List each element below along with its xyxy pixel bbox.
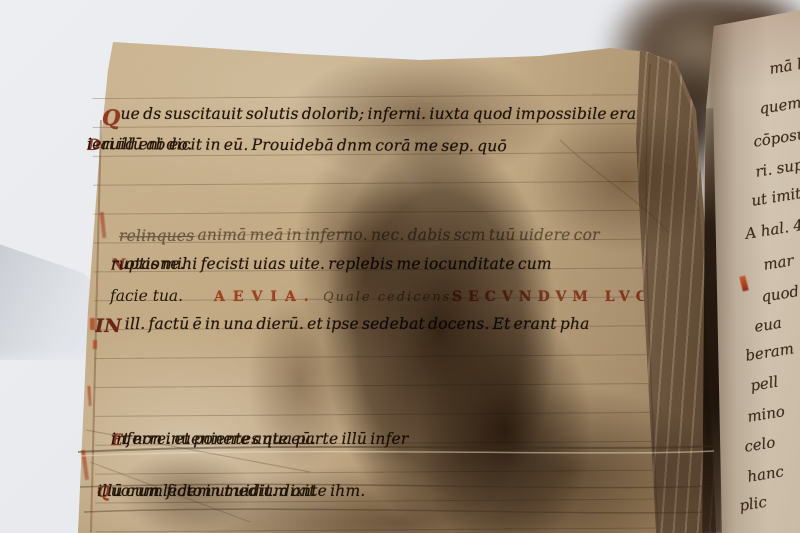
line-text: auid eni dicit in eū. Prouidebā dnm corā… (101, 135, 507, 155)
photo-scene: mā ha quem a cōposu ri. sup ut imit A ha… (0, 0, 800, 533)
manuscript-line: relinques animā meā in inferno. nec. dab… (119, 226, 657, 245)
manuscript-line: inferre. et ponere ante eū. Et non inuen… (111, 430, 657, 449)
struck-text: relinques (119, 227, 194, 245)
manuscript-line: Que ds suscitauit solutis dolorib; infer… (102, 105, 658, 130)
manuscript-line: illū cum lecto in medium ante ihm. Quoru… (97, 482, 657, 501)
manuscript-line: ruptione. Notas mihi fecisti uias uite. … (111, 255, 657, 274)
line-text: uorum fidem ut uidit. dixit (111, 482, 316, 500)
rubric-line-text: facie tua. (110, 287, 183, 305)
faded-rubric-text: Quale cedicens. (323, 290, 457, 305)
manuscript-line: ieri illū ab eo. Dauid eni dicit in eū. … (87, 135, 657, 157)
red-initial: IN (95, 315, 122, 337)
line-text: otas mihi fecisti uias uite. replebis me… (125, 255, 551, 273)
red-initial: Q (102, 105, 121, 130)
ruling-lines (92, 94, 687, 533)
line-text: t non inuenientes qua parte illū infer (123, 430, 408, 448)
line-text: ill. factū ē in una dierū. et ipse sedeb… (122, 315, 590, 333)
line-text: ue ds suscitauit solutis dolorib; infern… (121, 105, 659, 123)
line-text: animā meā in inferno. nec. dabis scm tuū… (194, 226, 599, 244)
manuscript-line: IN ill. factū ē in una dierū. et ipse se… (95, 315, 657, 337)
alleluia-rubric: AEVIA. (214, 289, 317, 305)
